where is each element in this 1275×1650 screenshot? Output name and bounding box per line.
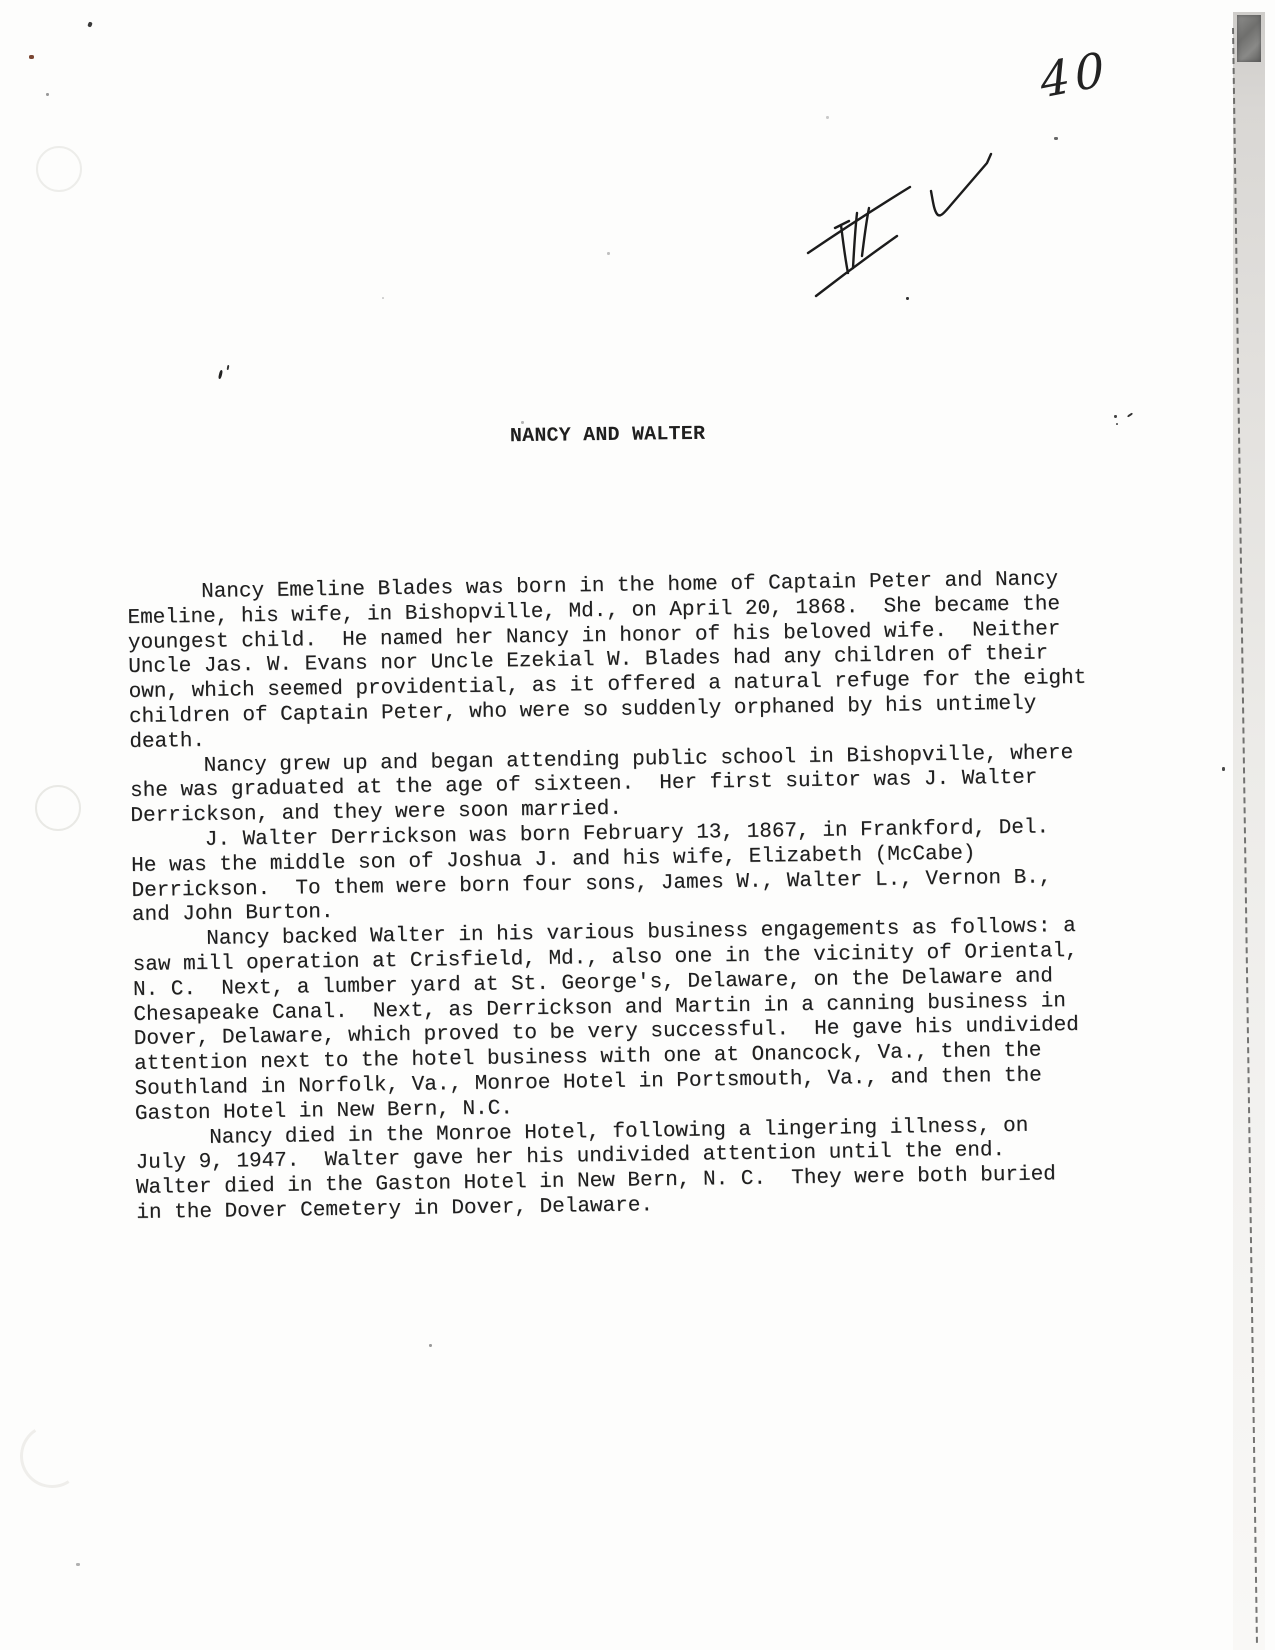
- ink-speck: [906, 297, 909, 300]
- scan-edge-artifact: [1237, 15, 1261, 62]
- ink-speck: [218, 370, 223, 379]
- ink-speck: [429, 1344, 432, 1347]
- tally-mark-iii-annotation: [808, 187, 910, 296]
- punch-hole: [35, 785, 81, 831]
- ink-speck: [1116, 423, 1118, 425]
- ink-speck: [29, 55, 34, 59]
- document-body: Nancy Emeline Blades was born in the hom…: [127, 568, 1096, 1227]
- checkmark-annotation: [931, 154, 991, 215]
- ink-speck: [46, 93, 49, 96]
- page-title: NANCY AND WALTER: [510, 423, 706, 448]
- scan-edge-shadow: [1233, 12, 1265, 1650]
- ink-speck: [607, 252, 610, 255]
- ink-speck: [227, 365, 230, 370]
- punch-hole: [14, 1418, 90, 1494]
- ink-speck: [1222, 767, 1225, 771]
- handwritten-page-number: 40: [1039, 45, 1112, 105]
- ink-speck: [87, 21, 92, 27]
- scanned-page: 40 NANCY AND WALTER Nancy Emeline Blades…: [0, 0, 1275, 1650]
- ink-speck: [76, 1563, 80, 1566]
- ink-speck: [1054, 137, 1058, 140]
- punch-hole: [36, 146, 82, 192]
- ink-speck: [382, 297, 384, 299]
- ink-speck: [521, 421, 524, 424]
- ink-speck: [1127, 412, 1133, 417]
- ink-speck: [1114, 415, 1117, 418]
- ink-speck: [826, 116, 829, 119]
